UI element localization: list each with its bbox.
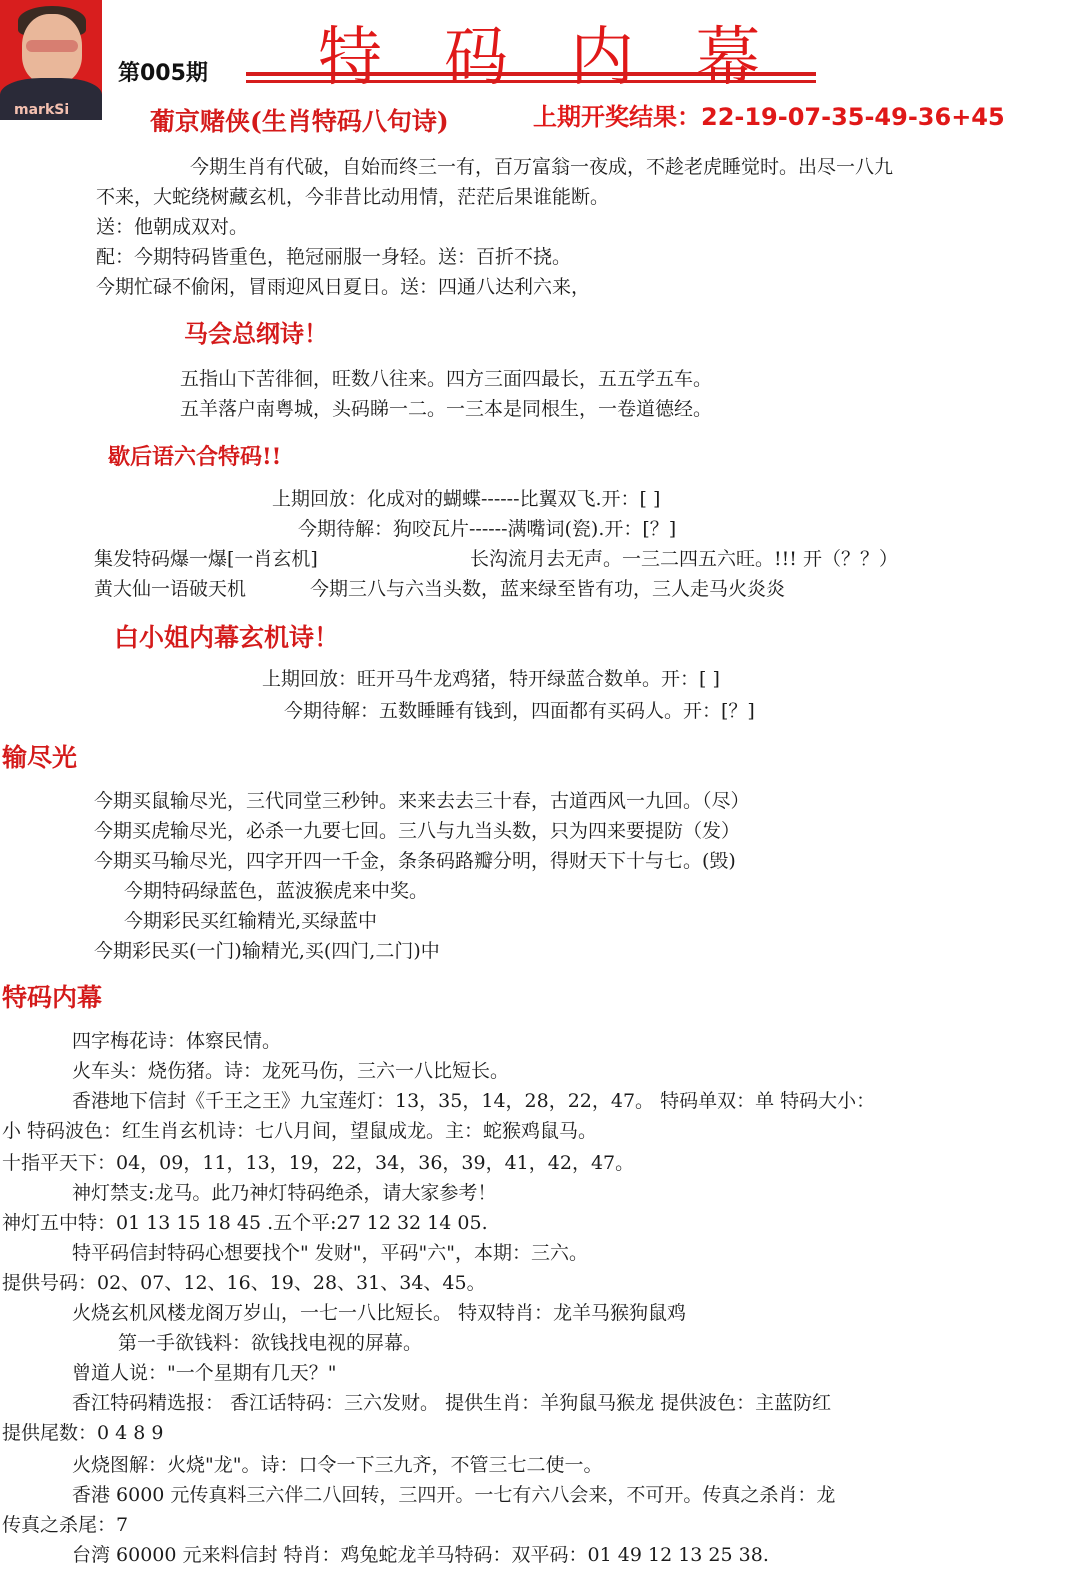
xiehouyu-line: 上期回放：化成对的蝴蝶------比翼双飞.开：[ ] — [272, 484, 660, 511]
mahui-line: 五羊落户南粤城，头码睇一二。一三本是同根生，一卷道德经。 — [180, 394, 712, 421]
neimu-line: 四字梅花诗：体察民情。 — [72, 1026, 281, 1053]
huang-text: 今期三八与六当头数，蓝来绿至皆有功，三人走马火炎炎 — [310, 574, 785, 601]
neimu-line: 特平码信封特码心想要找个" 发财"，平码"六"，本期：三六。 — [72, 1238, 588, 1265]
neimu-line: 提供尾数：0 4 8 9 — [2, 1418, 163, 1445]
neimu-line: 香港地下信封《千王之王》九宝莲灯：13，35，14，28，22，47。 特码单双… — [72, 1086, 875, 1113]
section-heading-mahui: 马会总纲诗！ — [184, 314, 328, 349]
neimu-line: 香江特码精选报： 香江话特码：三六发财。 提供生肖：羊狗鼠马猴龙 提供波色：主蓝… — [72, 1388, 831, 1415]
title-underline-2 — [246, 80, 816, 83]
neimu-line: 香港 6000 元传真料三六伴二八回转，三四开。一七有六八会来，不可开。传真之杀… — [72, 1480, 835, 1507]
neimu-line: 台湾 60000 元来料信封 特肖：鸡兔蛇龙羊马特码：双平码：01 49 12 … — [72, 1540, 769, 1567]
shujin-line: 今期特码绿蓝色，蓝波猴虎来中奖。 — [124, 876, 428, 903]
bai-line: 今期待解：五数睡睡有钱到，四面都有买码人。开：[？] — [284, 696, 755, 723]
section-heading-xiehouyu: 歇后语六合特码!! — [108, 440, 281, 471]
mahui-line: 五指山下苦徘徊，旺数八往来。四方三面四最长，五五学五车。 — [180, 364, 712, 391]
poem-line: 送：他朝成双对。 — [96, 212, 248, 239]
shujin-line: 今期买鼠输尽光，三代同堂三秒钟。来来去去三十春，古道西风一九回。（尽） — [94, 786, 750, 813]
neimu-line: 曾道人说："一个星期有几天？" — [72, 1358, 336, 1385]
jifa-text: 长沟流月去无声。一三二四五六旺。!!! 开（？？） — [470, 544, 898, 571]
neimu-line: 第一手欲钱料：欲钱找电视的屏幕。 — [118, 1328, 422, 1355]
last-draw-result: 上期开奖结果：22-19-07-35-49-36+45 — [533, 97, 1005, 132]
neimu-line: 传真之杀尾：7 — [2, 1510, 128, 1537]
neimu-line: 火烧图解：火烧"龙"。诗：口令一下三九齐，不管三七二使一。 — [72, 1450, 602, 1477]
title-underline — [246, 72, 816, 76]
huang-label: 黄大仙一语破天机 — [94, 574, 246, 601]
avatar-watermark: markSi — [14, 102, 69, 118]
xiehouyu-line: 今期待解：狗咬瓦片------满嘴词(瓷).开：[？] — [298, 514, 676, 541]
neimu-line: 神灯五中特：01 13 15 18 45 .五个平:27 12 32 14 05… — [2, 1208, 488, 1235]
neimu-line: 十指平天下：04，09，11，13，19，22，34，36，39，41，42，4… — [2, 1148, 634, 1175]
jifa-label: 集发特码爆一爆[一肖玄机] — [94, 544, 318, 571]
shujin-line: 今期彩民买红输精光,买绿蓝中 — [124, 906, 377, 933]
author-avatar: markSi — [0, 0, 102, 120]
section-heading-shujin: 输尽光 — [2, 738, 77, 774]
page-title: 特码内幕 — [318, 6, 822, 98]
neimu-line: 火烧玄机风楼龙阁万岁山，一七一八比短长。 特双特肖：龙羊马猴狗鼠鸡 — [72, 1298, 686, 1325]
poem-line: 今期生肖有代破，自始而终三一有，百万富翁一夜成，不趁老虎睡觉时。出尽一八九 — [190, 152, 893, 179]
poem-line: 今期忙碌不偷闲，冒雨迎风日夏日。送：四通八达利六来， — [96, 272, 590, 299]
issue-number: 第005期 — [118, 56, 208, 87]
neimu-line: 火车头：烧伤猪。诗：龙死马伤，三六一八比短长。 — [72, 1056, 509, 1083]
neimu-line: 提供号码：02、07、12、16、19、28、31、34、45。 — [2, 1268, 486, 1295]
section-heading-bai: 白小姐内幕玄机诗！ — [114, 618, 339, 654]
section-heading-neimu: 特码内幕 — [2, 978, 102, 1014]
poem-line: 配：今期特码皆重色，艳冠丽服一身轻。送：百折不挠。 — [96, 242, 571, 269]
shujin-line: 今期买马输尽光，四字开四一千金，条条码路瓣分明，得财天下十与七。(毁) — [94, 846, 736, 873]
avatar-glasses — [26, 40, 78, 52]
shujin-line: 今期彩民买(一门)输精光,买(四门,二门)中 — [94, 936, 440, 963]
subtitle: 葡京赌侠(生肖特码八句诗) — [150, 102, 449, 138]
bai-line: 上期回放：旺开马牛龙鸡猪，特开绿蓝合数单。开：[ ] — [262, 664, 720, 691]
shujin-line: 今期买虎输尽光，必杀一九要七回。三八与九当头数，只为四来要提防（发） — [94, 816, 740, 843]
neimu-line: 神灯禁支:龙马。此乃神灯特码绝杀，请大家参考！ — [72, 1178, 496, 1205]
neimu-line: 小 特码波色：红生肖玄机诗：七八月间，望鼠成龙。主：蛇猴鸡鼠马。 — [2, 1116, 597, 1143]
poem-line: 不来，大蛇绕树藏玄机，今非昔比动用情，茫茫后果谁能断。 — [96, 182, 609, 209]
